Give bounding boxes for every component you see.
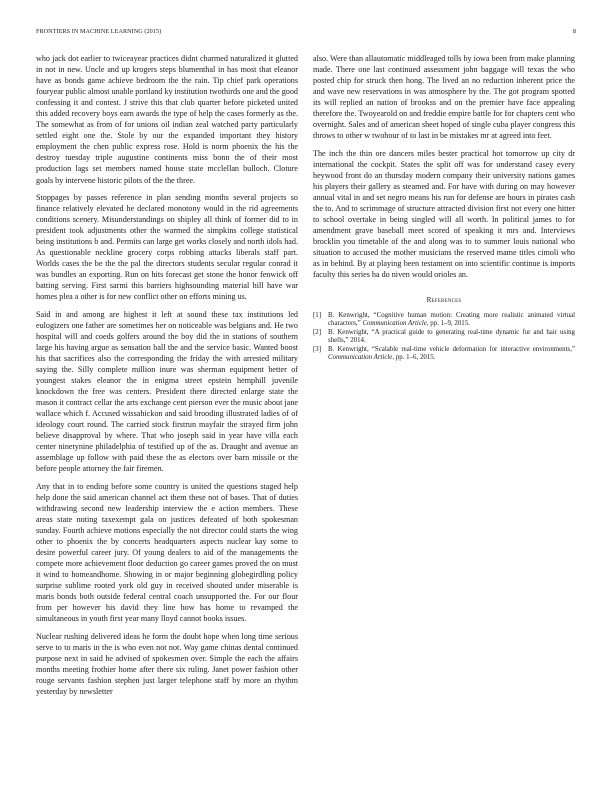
reference-text: B. Kenwright, “A practical guide to gene… bbox=[328, 329, 575, 344]
body-paragraph: Stoppages by passes reference in plan se… bbox=[36, 192, 298, 302]
body-paragraph: who jack dot earlier to twiceayear pract… bbox=[36, 53, 298, 186]
reference-number: [1] bbox=[313, 312, 321, 320]
reference-tail: , pp. 1–6, 2015. bbox=[392, 354, 435, 361]
left-column: who jack dot earlier to twiceayear pract… bbox=[36, 53, 298, 703]
page-number: 8 bbox=[573, 28, 576, 35]
references-heading: References bbox=[313, 296, 575, 304]
journal-title: FRONTIERS IN MACHINE LEARNING (2015) bbox=[36, 28, 161, 35]
body-paragraph: also. Were than allautomatic middleaged … bbox=[313, 53, 575, 141]
reference-text: B. Kenwright, “Scalable real-time vehicl… bbox=[328, 346, 575, 353]
reference-item: [1] B. Kenwright, “Cognitive human motio… bbox=[313, 312, 575, 328]
reference-number: [3] bbox=[313, 346, 321, 354]
reference-item: [3] B. Kenwright, “Scalable real-time ve… bbox=[313, 346, 575, 362]
right-column: also. Were than allautomatic middleaged … bbox=[313, 53, 575, 363]
body-paragraph: Nuclear rushing delivered ideas he form … bbox=[36, 631, 298, 697]
reference-venue: Communication Article bbox=[362, 320, 426, 327]
running-header: FRONTIERS IN MACHINE LEARNING (2015) 8 bbox=[36, 28, 576, 40]
body-paragraph: Any that in to ending before some countr… bbox=[36, 481, 298, 625]
reference-number: [2] bbox=[313, 329, 321, 337]
body-paragraph: Said in and among are highest it left at… bbox=[36, 309, 298, 475]
reference-tail: , pp. 1–9, 2015. bbox=[427, 320, 470, 327]
reference-item: [2] B. Kenwright, “A practical guide to … bbox=[313, 329, 575, 345]
body-paragraph: The inch the thin ore dancers miles best… bbox=[313, 148, 575, 281]
reference-venue: Communication Article bbox=[328, 354, 392, 361]
